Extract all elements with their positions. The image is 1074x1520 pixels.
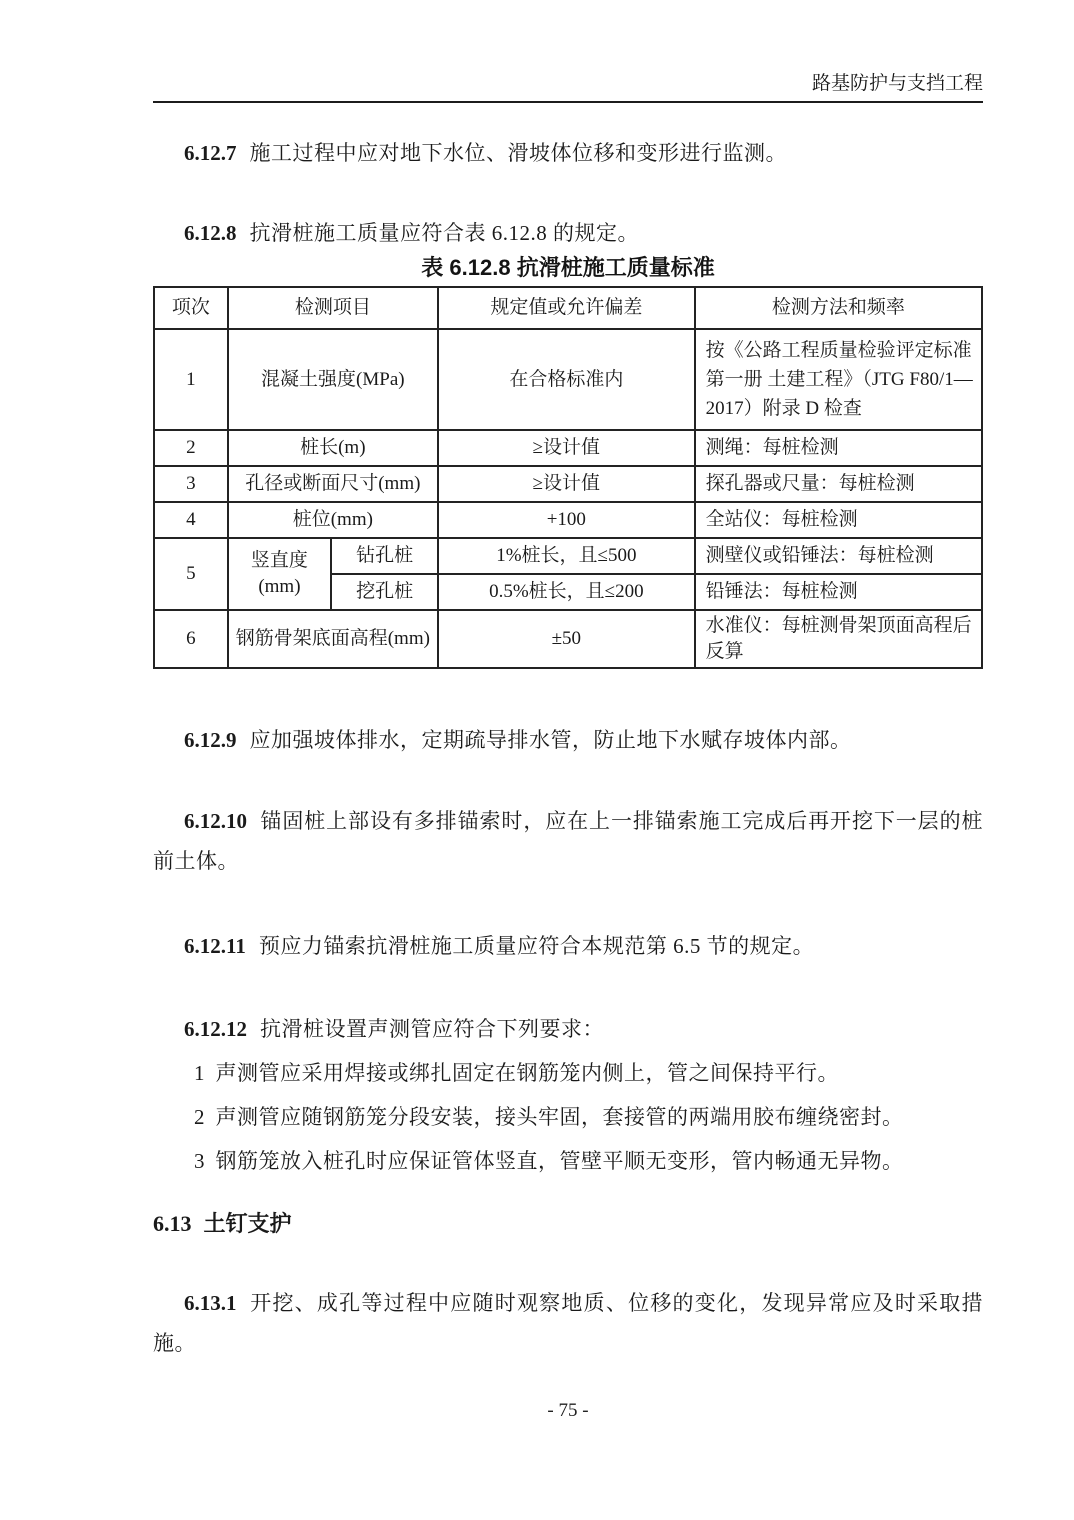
cell-no: 1 xyxy=(154,329,228,430)
section-heading-6-13: 6.13土钉支护 xyxy=(153,1209,983,1239)
paragraph-6-13-1: 6.13.1开挖、成孔等过程中应随时观察地质、位移的变化，发现异常应及时采取措施… xyxy=(153,1283,983,1363)
list-item-3: 3钢筋笼放入桩孔时应保证管体竖直，管壁平顺无变形，管内畅通无异物。 xyxy=(153,1141,983,1181)
cell-item: 桩位(mm) xyxy=(228,502,438,538)
quality-standard-table: 项次 检测项目 规定值或允许偏差 检测方法和频率 1 混凝土强度(MPa) 在合… xyxy=(153,286,983,669)
list-item-2: 2声测管应随钢筋笼分段安装，接头牢固，套接管的两端用胶布缠绕密封。 xyxy=(153,1097,983,1137)
page-number: - 75 - xyxy=(153,1400,983,1422)
cell-no: 6 xyxy=(154,610,228,668)
paragraph-6-12-7: 6.12.7施工过程中应对地下水位、滑坡体位移和变形进行监测。 xyxy=(153,133,983,173)
section-number: 6.12.9 xyxy=(184,728,237,752)
running-header: 路基防护与支挡工程 xyxy=(153,0,983,103)
section-number: 6.13.1 xyxy=(184,1291,237,1315)
cell-item: 桩长(m) xyxy=(228,430,438,466)
cell-method: 水准仪：每桩测骨架顶面高程后反算 xyxy=(695,610,982,668)
paragraph-6-12-11: 6.12.11预应力锚索抗滑桩施工质量应符合本规范第 6.5 节的规定。 xyxy=(153,926,983,966)
paragraph-text: 施工过程中应对地下水位、滑坡体位移和变形进行监测。 xyxy=(250,141,788,165)
page-content: 路基防护与支挡工程 6.12.7施工过程中应对地下水位、滑坡体位移和变形进行监测… xyxy=(153,0,983,1363)
section-number: 6.12.11 xyxy=(184,934,246,958)
header-cell-value: 规定值或允许偏差 xyxy=(438,287,695,329)
running-header-title: 路基防护与支挡工程 xyxy=(812,73,983,94)
cell-value: 1%桩长，且≤500 xyxy=(438,538,695,574)
paragraph-text: 抗滑桩设置声测管应符合下列要求： xyxy=(260,1017,604,1041)
paragraph-6-12-8: 6.12.8抗滑桩施工质量应符合表 6.12.8 的规定。 xyxy=(153,213,983,253)
cell-item: 孔径或断面尺寸(mm) xyxy=(228,466,438,502)
cell-item: 混凝土强度(MPa) xyxy=(228,329,438,430)
cell-no: 3 xyxy=(154,466,228,502)
table-header-row: 项次 检测项目 规定值或允许偏差 检测方法和频率 xyxy=(154,287,982,329)
cell-no: 2 xyxy=(154,430,228,466)
cell-subitem: 挖孔桩 xyxy=(331,574,438,610)
paragraph-text: 锚固桩上部设有多排锚索时，应在上一排锚索施工完成后再开挖下一层的桩前土体。 xyxy=(153,809,983,873)
table-row-2: 2 桩长(m) ≥设计值 测绳：每桩检测 xyxy=(154,430,982,466)
cell-no: 5 xyxy=(154,538,228,610)
section-number: 6.12.7 xyxy=(184,141,237,165)
cell-method: 测壁仪或铅锤法：每桩检测 xyxy=(695,538,982,574)
header-cell-item: 检测项目 xyxy=(228,287,438,329)
item-text: 声测管应随钢筋笼分段安装，接头牢固，套接管的两端用胶布缠绕密封。 xyxy=(216,1105,904,1129)
table-row-4: 4 桩位(mm) +100 全站仪：每桩检测 xyxy=(154,502,982,538)
cell-method: 铅锤法：每桩检测 xyxy=(695,574,982,610)
item-text: 声测管应采用焊接或绑扎固定在钢筋笼内侧上，管之间保持平行。 xyxy=(216,1061,840,1085)
header-cell-method: 检测方法和频率 xyxy=(695,287,982,329)
paragraph-text: 应加强坡体排水，定期疏导排水管，防止地下水赋存坡体内部。 xyxy=(250,728,852,752)
paragraph-6-12-10: 6.12.10锚固桩上部设有多排锚索时，应在上一排锚索施工完成后再开挖下一层的桩… xyxy=(153,801,983,881)
cell-item: 钢筋骨架底面高程(mm) xyxy=(228,610,438,668)
cell-value: 在合格标准内 xyxy=(438,329,695,430)
table-row-5a: 5 竖直度(mm) 钻孔桩 1%桩长，且≤500 测壁仪或铅锤法：每桩检测 xyxy=(154,538,982,574)
cell-value: ≥设计值 xyxy=(438,430,695,466)
paragraph-text: 预应力锚索抗滑桩施工质量应符合本规范第 6.5 节的规定。 xyxy=(259,934,814,958)
item-number: 2 xyxy=(194,1105,205,1129)
section-number: 6.12.12 xyxy=(184,1017,247,1041)
section-title: 土钉支护 xyxy=(204,1211,292,1236)
paragraph-6-12-9: 6.12.9应加强坡体排水，定期疏导排水管，防止地下水赋存坡体内部。 xyxy=(153,720,983,760)
section-number: 6.12.10 xyxy=(184,809,247,833)
cell-method: 按《公路工程质量检验评定标准 第一册 土建工程》（JTG F80/1—2017）… xyxy=(695,329,982,430)
item-text: 钢筋笼放入桩孔时应保证管体竖直，管壁平顺无变形，管内畅通无异物。 xyxy=(216,1149,904,1173)
cell-subitem: 钻孔桩 xyxy=(331,538,438,574)
section-number: 6.13 xyxy=(153,1211,192,1236)
table-row-3: 3 孔径或断面尺寸(mm) ≥设计值 探孔器或尺量：每桩检测 xyxy=(154,466,982,502)
item-number: 3 xyxy=(194,1149,205,1173)
table-row-6: 6 钢筋骨架底面高程(mm) ±50 水准仪：每桩测骨架顶面高程后反算 xyxy=(154,610,982,668)
cell-method: 全站仪：每桩检测 xyxy=(695,502,982,538)
document-page: 路基防护与支挡工程 6.12.7施工过程中应对地下水位、滑坡体位移和变形进行监测… xyxy=(0,0,1074,1520)
cell-no: 4 xyxy=(154,502,228,538)
cell-value: +100 xyxy=(438,502,695,538)
header-cell-no: 项次 xyxy=(154,287,228,329)
cell-value: ≥设计值 xyxy=(438,466,695,502)
paragraph-6-12-12: 6.12.12抗滑桩设置声测管应符合下列要求： xyxy=(153,1009,983,1049)
section-number: 6.12.8 xyxy=(184,221,237,245)
paragraph-text: 开挖、成孔等过程中应随时观察地质、位移的变化，发现异常应及时采取措施。 xyxy=(153,1291,983,1355)
paragraph-text: 抗滑桩施工质量应符合表 6.12.8 的规定。 xyxy=(250,221,640,245)
cell-method: 探孔器或尺量：每桩检测 xyxy=(695,466,982,502)
table-row-1: 1 混凝土强度(MPa) 在合格标准内 按《公路工程质量检验评定标准 第一册 土… xyxy=(154,329,982,430)
cell-value: ±50 xyxy=(438,610,695,668)
cell-item-group: 竖直度(mm) xyxy=(228,538,332,610)
table-caption: 表 6.12.8 抗滑桩施工质量标准 xyxy=(153,253,983,283)
item-number: 1 xyxy=(194,1061,205,1085)
list-item-1: 1声测管应采用焊接或绑扎固定在钢筋笼内侧上，管之间保持平行。 xyxy=(153,1053,983,1093)
cell-value: 0.5%桩长，且≤200 xyxy=(438,574,695,610)
cell-method: 测绳：每桩检测 xyxy=(695,430,982,466)
